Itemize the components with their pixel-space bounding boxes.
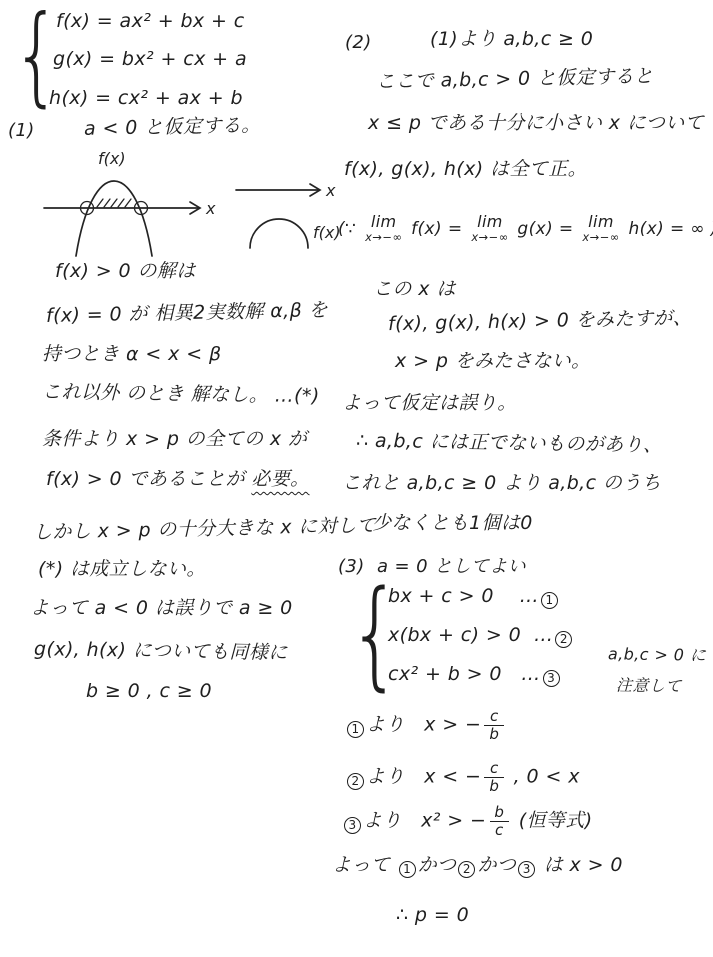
fraction-b-over-c: bc [489,804,509,838]
part2-line-not-all-positive: ∴ a,b,c には正でないものがあり、 [356,430,663,459]
part2-line-small-x: x ≤ p である十分に小さい x について [368,112,704,136]
lim-g-expr: g(x) = [517,219,573,239]
eq2-number-badge: 2 [555,631,572,648]
handwritten-notes-page: { f(x) = ax² + bx + c g(x) = bx² + cx + … [0,0,713,957]
part2-line-this-x: この x は [373,278,456,302]
part3-eq2: x(bx + c) > 0 …2 [388,624,574,648]
part1-line-condition: 条件より x > p の全ての x が [42,428,307,452]
part3-conclusion-p-equals-0: ∴ p = 0 [396,904,469,928]
part1-line-solution-of-fx: f(x) > 0 の解は [55,260,196,284]
lim-h-expr: h(x) = ∞ ) [628,219,713,239]
part2-line-assume-positive: ここで a,b,c > 0 と仮定すると [376,65,654,95]
part3-step4: よって 1かつ2かつ3 は x > 0 [332,854,623,878]
part2-line-satisfies: f(x), g(x), h(x) > 0 をみたすが、 [388,307,693,337]
part2-label: (2) [345,32,372,55]
part1-line-necessary: f(x) > 0 であることが 必要。 [46,468,310,492]
because-open: (∵ [338,219,356,239]
lim-g-stack: limx→−∞ [471,214,508,244]
part2-line-all-positive: f(x), g(x), h(x) は全て正。 [344,158,587,182]
eq1-number-badge: 1 [541,592,558,609]
part3-step2: 2より x < −cb , 0 < x [345,760,580,794]
part2-line-combine: これと a,b,c ≥ 0 より a,b,c のうち [342,472,661,496]
part3-note-line1: a,b,c > 0 に [608,644,706,666]
part3-step3: 3より x² > −bc (恒等式) [342,804,593,838]
lim-f-stack: limx→−∞ [365,214,402,244]
eq3-dots: … [521,663,540,685]
part1-line-no-solution: これ以外 のとき 解なし。 …(*) [42,381,320,409]
part1-label: (1) [8,120,35,143]
part1-necessary-text: f(x) > 0 であることが [46,468,251,490]
part1-assumption: a < 0 と仮定する。 [84,114,261,141]
parabola-fx-label: f(x) [98,149,126,168]
definition-f: f(x) = ax² + bx + c [56,10,245,34]
fraction-c-over-b: cb [484,708,504,742]
part2-line-from-1: (1)より a,b,c ≥ 0 [430,28,593,52]
parabola-sketch: x f(x) x f(x) [40,150,340,258]
fraction-c-over-b-2: cb [484,760,504,794]
part1-line-two-real-roots: f(x) = 0 が 相異2実数解 α,β を [46,299,328,329]
part3-step1: 1より x > −cb [345,708,507,742]
eq3-number-badge: 3 [543,670,560,687]
part2-line-assumption-wrong: よって仮定は誤り。 [342,392,517,416]
part1-line-same-for-gh: g(x), h(x) についても同様に [34,638,288,666]
definition-g: g(x) = bx² + cx + a [53,48,247,72]
eq1-dots: … [520,585,539,607]
part1-line-however: しかし x > p の十分大きな x に対して [33,514,376,545]
part3-note-line2: 注意して [616,675,682,696]
dome-curve [250,219,308,248]
lim-h-stack: limx→−∞ [582,214,619,244]
part1-line-a-ge-0: よって a < 0 は誤りで a ≥ 0 [30,597,293,621]
lim-f-expr: f(x) = [411,219,462,239]
parabola-curve [76,181,152,256]
part1-line-star-fails: (*) は成立しない。 [38,558,206,582]
part3-eq1: bx + c > 0 …1 [388,585,560,609]
part3-eq3: cx² + b > 0 …3 [388,663,562,687]
eq2-dots: … [534,624,553,646]
part1-line-alpha-x-beta: 持つとき α < x < β [42,343,222,367]
dome-fx-label: f(x) [313,223,341,242]
part2-line-at-least-one-zero: 少なくとも1個は0 [372,512,533,536]
part2-line-not-satisfy: x > p をみたさない。 [395,350,591,374]
part2-line-limits: (∵ limx→−∞ f(x) = limx→−∞ g(x) = limx→−∞… [338,214,713,244]
right-arrow-x-label: x [325,181,336,200]
part1-necessary-emph: 必要。 [251,468,309,490]
hatch-marks [97,199,131,207]
x-axis-label: x [205,199,216,218]
definition-h: h(x) = cx² + ax + b [49,87,243,111]
part1-line-b-c-ge-0: b ≥ 0 , c ≥ 0 [86,680,212,704]
